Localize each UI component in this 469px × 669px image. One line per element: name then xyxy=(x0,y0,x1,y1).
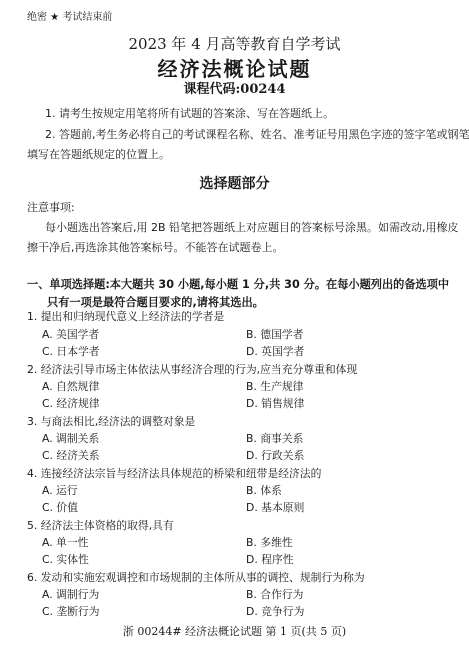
question-3-option-c: C. 经济关系 xyxy=(42,448,100,463)
instruction-2-line2: 填写在答题纸规定的位置上。 xyxy=(27,146,170,162)
question-2-option-c: C. 经济规律 xyxy=(42,396,100,411)
page-footer: 浙 00244# 经济法概论试题 第 1 页(共 5 页) xyxy=(0,623,469,639)
question-3-option-a: A. 调制关系 xyxy=(42,431,99,446)
question-6-stem: 6. 发动和实施宏观调控和市场规制的主体所从事的调控、规制行为称为 xyxy=(27,570,365,585)
question-5-option-c: C. 实体性 xyxy=(42,552,89,567)
section-title: 选择题部分 xyxy=(0,173,469,193)
question-1-option-c: C. 日本学者 xyxy=(42,344,100,359)
notice-line-2: 擦干净后,再选涂其他答案标号。不能答在试题卷上。 xyxy=(27,239,284,255)
question-1-stem: 1. 提出和归纳现代意义上经济法的学者是 xyxy=(27,309,224,324)
exam-title: 2023 年 4 月高等教育自学考试 xyxy=(0,33,469,54)
question-4-option-c: C. 价值 xyxy=(42,500,78,515)
question-5-option-d: D. 程序性 xyxy=(246,552,294,567)
question-2-option-b: B. 生产规律 xyxy=(246,379,303,394)
question-6-option-a: A. 调制行为 xyxy=(42,587,99,602)
question-2-stem: 2. 经济法引导市场主体依法从事经济合理的行为,应当充分尊重和体现 xyxy=(27,362,357,377)
question-2-option-a: A. 自然规律 xyxy=(42,379,99,394)
question-4-option-b: B. 体系 xyxy=(246,483,282,498)
question-5-option-b: B. 多维性 xyxy=(246,535,293,550)
question-2-option-d: D. 销售规律 xyxy=(246,396,304,411)
question-6-option-d: D. 竞争行为 xyxy=(246,604,304,619)
question-5-option-a: A. 单一性 xyxy=(42,535,88,550)
instruction-1: 1. 请考生按规定用笔将所有试题的答案涂、写在答题纸上。 xyxy=(45,105,334,121)
question-4-stem: 4. 连接经济法宗旨与经济法具体规范的桥梁和纽带是经济法的 xyxy=(27,466,321,481)
question-3-option-d: D. 行政关系 xyxy=(246,448,304,463)
question-6-option-b: B. 合作行为 xyxy=(246,587,303,602)
question-6-option-c: C. 垄断行为 xyxy=(42,604,100,619)
question-1-option-d: D. 英国学者 xyxy=(246,344,304,359)
question-4-option-a: A. 运行 xyxy=(42,483,78,498)
notice-line-1: 每小题选出答案后,用 2B 铅笔把答题纸上对应题目的答案标号涂黑。如需改动,用橡… xyxy=(45,219,459,235)
question-4-option-d: D. 基本原则 xyxy=(246,500,304,515)
part-heading-line2: 只有一项是最符合题目要求的,请将其选出。 xyxy=(47,294,264,310)
question-3-option-b: B. 商事关系 xyxy=(246,431,303,446)
course-code: 课程代码:00244 xyxy=(0,78,469,97)
question-1-option-b: B. 德国学者 xyxy=(246,327,303,342)
question-3-stem: 3. 与商法相比,经济法的调整对象是 xyxy=(27,414,195,429)
question-1-option-a: A. 美国学者 xyxy=(42,327,99,342)
question-5-stem: 5. 经济法主体资格的取得,具有 xyxy=(27,518,174,533)
notice-label: 注意事项: xyxy=(27,199,75,215)
part-heading-line1: 一、单项选择题:本大题共 30 小题,每小题 1 分,共 30 分。在每小题列出… xyxy=(27,276,449,292)
confidential-label: 绝密 ★ 考试结束前 xyxy=(27,8,112,23)
instruction-2-line1: 2. 答题前,考生务必将自己的考试课程名称、姓名、准考证号用黑色字迹的签字笔或钢… xyxy=(45,126,469,142)
